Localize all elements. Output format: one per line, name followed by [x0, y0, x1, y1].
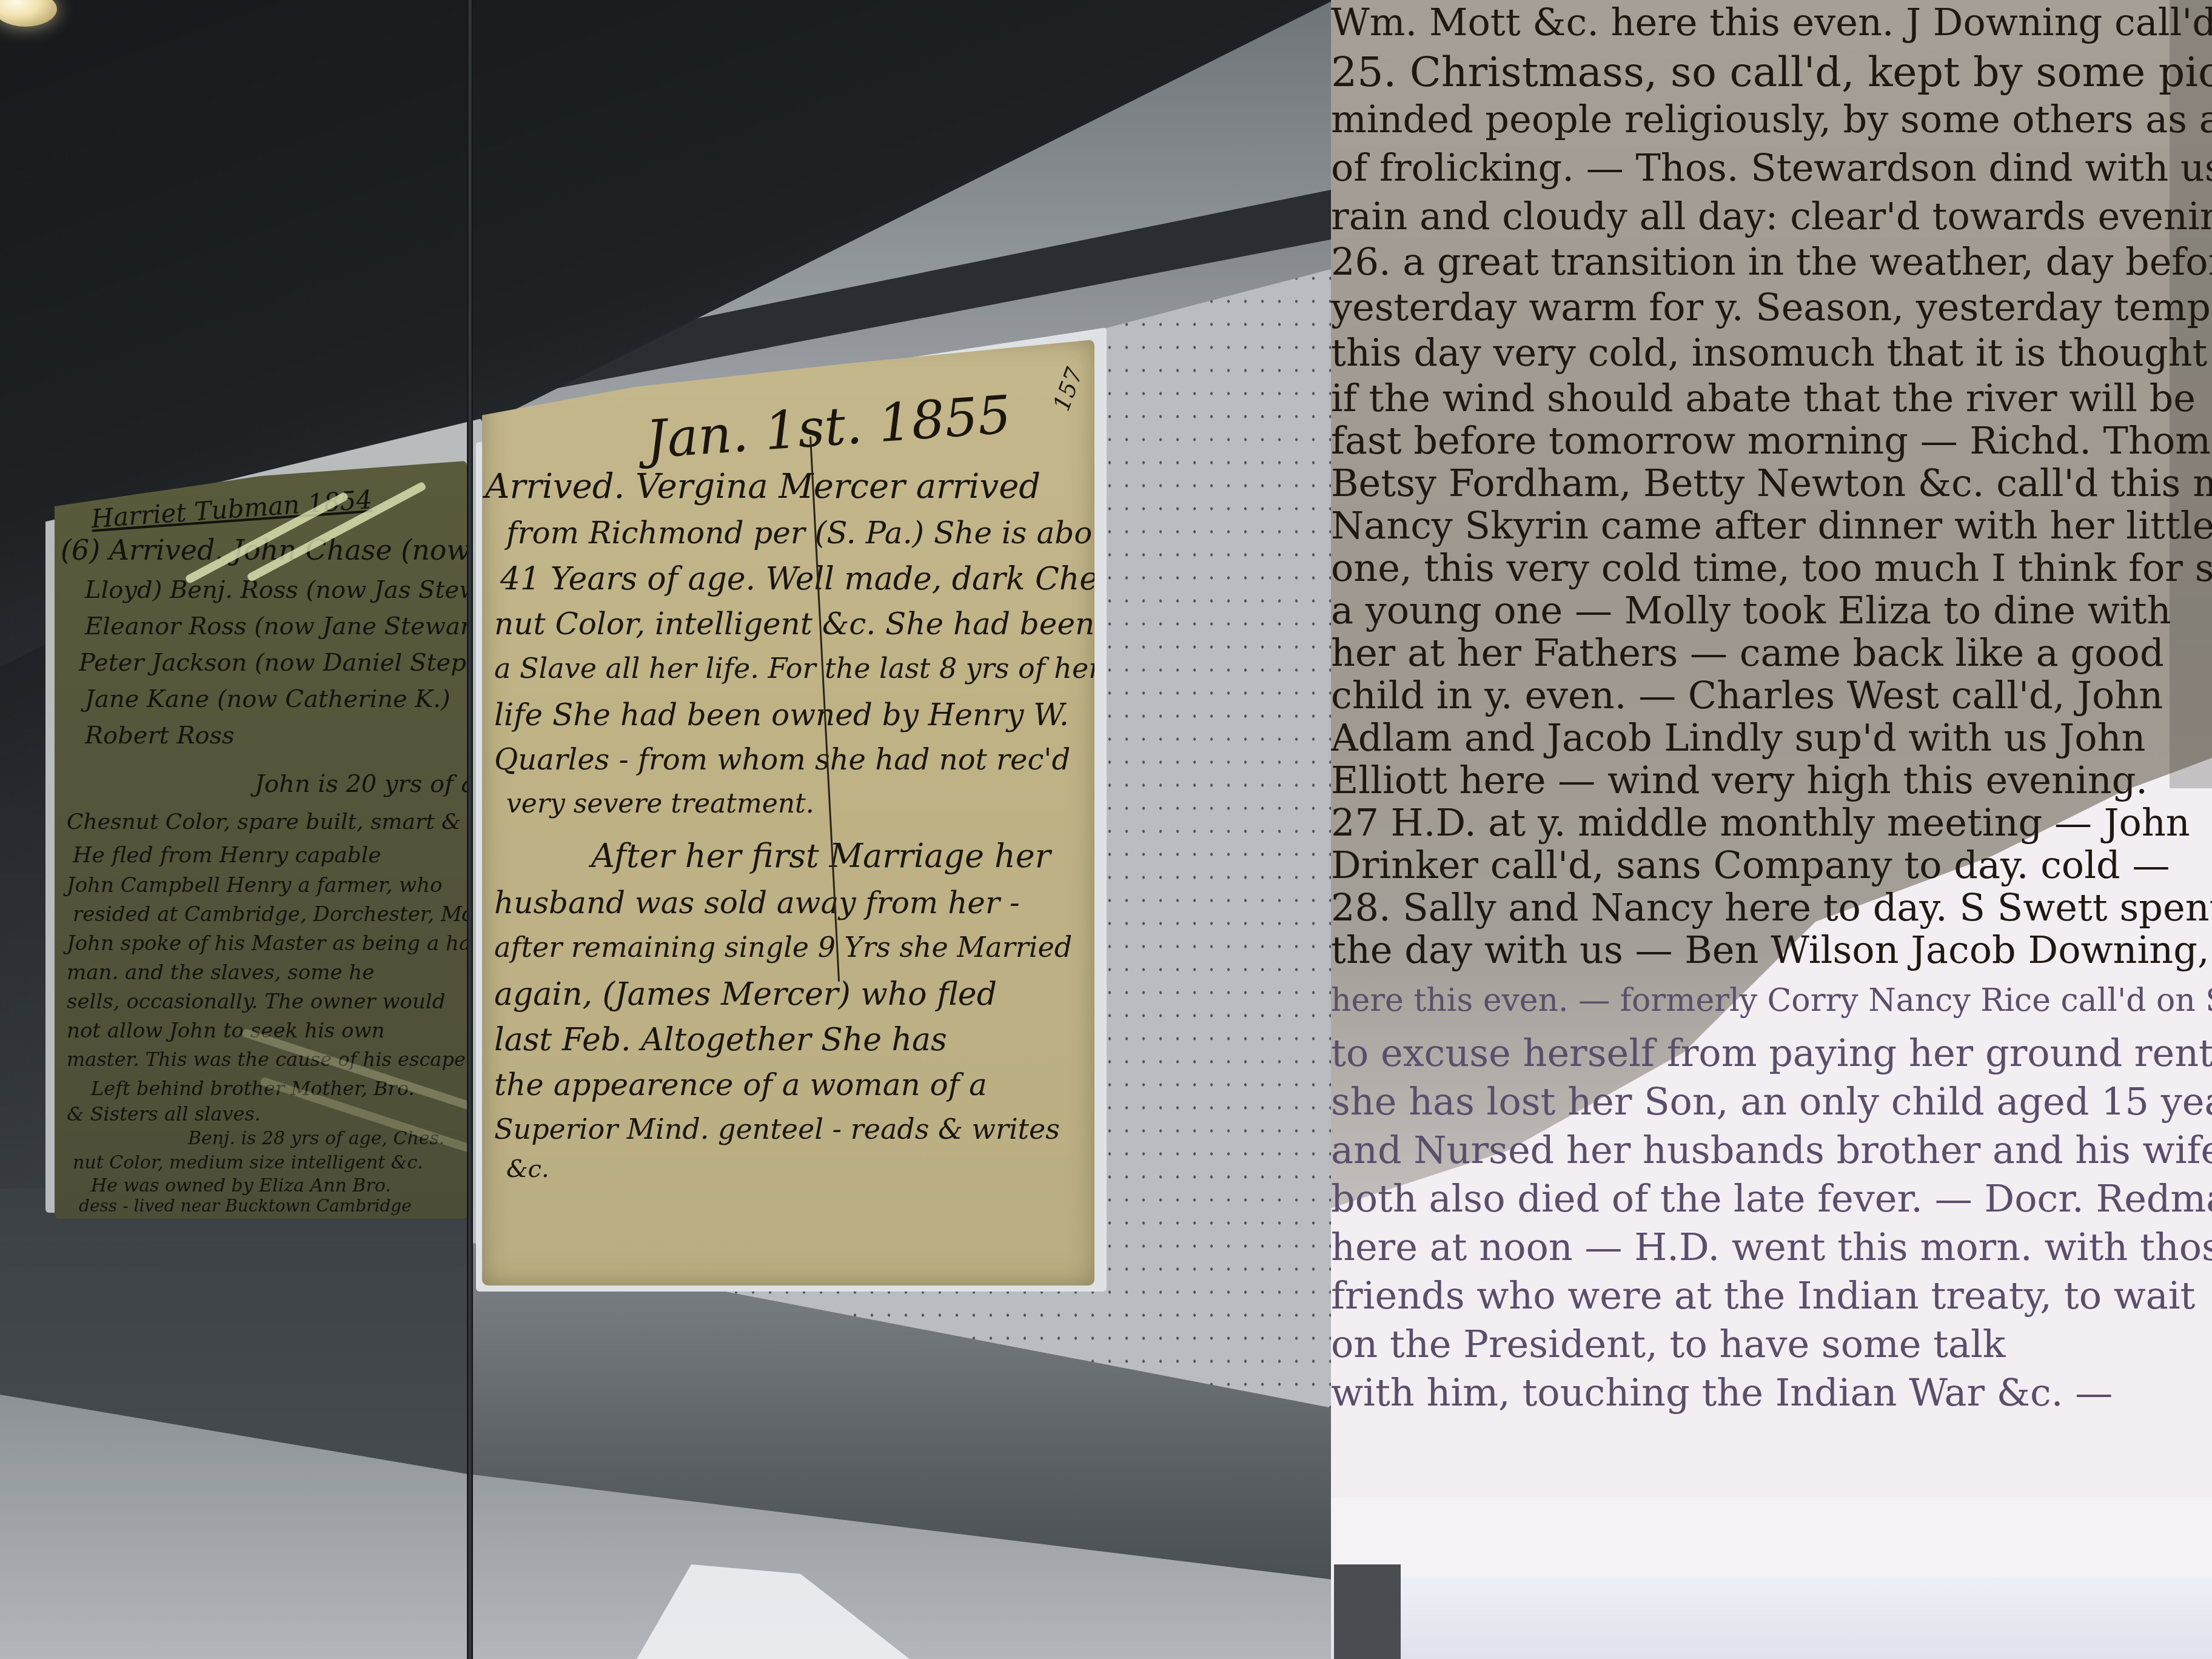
left-line: Peter Jackson (now Daniel Stephenson): [79, 649, 467, 677]
left-line: Eleanor Ross (now Jane Stewart): [85, 612, 467, 640]
right-line: her at her Fathers — came back like a go…: [1331, 631, 2164, 675]
left-line: He was owned by Eliza Ann Bro.: [91, 1175, 391, 1196]
left-line: He fled from Henry capable: [73, 843, 381, 868]
right-line: yesterday warm for y. Season, yesterday …: [1331, 285, 2212, 329]
right-line: 27 H.D. at y. middle monthly meeting — J…: [1331, 800, 2190, 845]
right-line: minded people religiously, by some other…: [1331, 97, 2212, 141]
center-line: After her first Marriage her: [591, 837, 1051, 875]
left-line: dess - lived near Bucktown Cambridge: [79, 1196, 412, 1216]
right-line: Betsy Fordham, Betty Newton &c. call'd t…: [1331, 461, 2212, 505]
right-line: 25. Christmass, so call'd, kept by some …: [1331, 49, 2212, 96]
page-number: 157: [1048, 364, 1088, 414]
right-line: Adlam and Jacob Lindly sup'd with us Joh…: [1331, 716, 2145, 760]
right-line: 26. a great transition in the weather, d…: [1331, 240, 2212, 284]
right-line: a young one — Molly took Eliza to dine w…: [1331, 588, 2171, 632]
museum-display-photo: Harriet Tubman 1854 (6) Arrived. John Ch…: [0, 0, 2212, 1659]
center-line: husband was sold away from her -: [494, 885, 1020, 920]
manuscript-page-right: Wm. Mott &c. here this even. J Downing c…: [1331, 0, 2212, 1577]
right-page-mount-base: [1331, 1498, 2212, 1577]
center-line: after remaining single 9 Yrs she Married: [494, 931, 1072, 964]
right-line: she has lost her Son, an only child aged…: [1331, 1079, 2212, 1124]
center-line: &c.: [506, 1155, 549, 1183]
right-line: fast before tomorrow morning — Richd. Th…: [1331, 418, 2212, 463]
case-frame-corner: [1334, 1564, 1401, 1659]
glass-case-seam: [467, 0, 473, 1659]
center-line: again, (James Mercer) who fled: [494, 976, 997, 1013]
right-line: friends who were at the Indian treaty, t…: [1331, 1273, 2196, 1318]
center-line: very severe treatment.: [506, 788, 814, 819]
right-line: of frolicking. — Thos. Stewardson dind w…: [1331, 146, 2212, 190]
left-line: Chesnut Color, spare built, smart &: [67, 809, 461, 834]
right-line: with him, touching the Indian War &c. —: [1331, 1370, 2113, 1415]
left-line: not allow John to seek his own: [67, 1019, 384, 1043]
manuscript-date: Jan. 1st. 1855: [644, 384, 1013, 471]
left-line: Lloyd) Benj. Ross (now Jas Stewart): [85, 576, 467, 604]
center-line: a Slave all her life. For the last 8 yrs…: [494, 652, 1094, 685]
center-line: last Feb. Altogether She has: [494, 1022, 947, 1058]
right-line: Elliott here — wind very high this eveni…: [1331, 758, 2148, 802]
right-line: Nancy Skyrin came after dinner with her …: [1331, 503, 2212, 548]
left-line: sells, occasionally. The owner would: [67, 990, 445, 1014]
left-line: resided at Cambridge, Dorchester, Md.: [73, 902, 467, 927]
center-line: 41 Years of age. Well made, dark Ches.: [500, 561, 1094, 597]
left-line: master. This was the cause of his escape…: [67, 1048, 467, 1071]
left-line: John spoke of his Master as being a hard: [67, 931, 467, 956]
right-line: child in y. even. — Charles West call'd,…: [1331, 673, 2163, 717]
manuscript-page-center: 157 Jan. 1st. 1855 Arrived. Vergina Merc…: [482, 340, 1094, 1285]
left-line: man. and the slaves, some he: [67, 960, 374, 985]
right-line: here this even. — formerly Corry Nancy R…: [1331, 982, 2212, 1019]
center-line: the appearence of a woman of a: [494, 1067, 987, 1102]
center-line: from Richmond per (S. Pa.) She is about: [506, 515, 1094, 551]
right-line: rain and cloudy all day: clear'd towards…: [1331, 194, 2212, 238]
left-line: Jane Kane (now Catherine K.): [85, 685, 451, 713]
right-line: the day with us — Ben Wilson Jacob Downi…: [1331, 928, 2210, 972]
right-line: here at noon — H.D. went this morn. with…: [1331, 1225, 2212, 1269]
left-line: nut Color, medium size intelligent &c.: [73, 1152, 423, 1173]
right-line: Drinker call'd, sans Company to day. col…: [1331, 843, 2170, 887]
center-line: nut Color, intelligent &c. She had been: [494, 606, 1094, 642]
right-line: on the President, to have some talk: [1331, 1322, 2005, 1366]
right-line: one, this very cold time, too much I thi…: [1331, 546, 2212, 590]
left-line: Left behind brother Mother, Bro.: [91, 1077, 415, 1100]
right-line: if the wind should abate that the river …: [1331, 376, 2196, 420]
left-line: John is 20 yrs of age,: [255, 770, 467, 798]
right-line: Wm. Mott &c. here this even. J Downing c…: [1331, 0, 2212, 44]
right-line: to excuse herself from paying her ground…: [1331, 1031, 2212, 1075]
center-line: Quarles - from whom she had not rec'd: [494, 743, 1070, 777]
center-line: Superior Mind. genteel - reads & writes: [494, 1113, 1060, 1145]
left-line: & Sisters all slaves.: [67, 1102, 261, 1125]
right-line: this day very cold, insomuch that it is …: [1331, 330, 2208, 375]
sunlit-case-floor: [1331, 1577, 2212, 1659]
center-line: Arrived. Vergina Mercer arrived: [485, 467, 1041, 506]
left-line: Robert Ross: [85, 722, 235, 749]
right-line: both also died of the late fever. — Docr…: [1331, 1176, 2212, 1221]
left-line: John Campbell Henry a farmer, who: [67, 873, 443, 897]
center-line: life She had been owned by Henry W.: [494, 697, 1069, 732]
right-line: 28. Sally and Nancy here to day. S Swett…: [1331, 885, 2212, 930]
right-line: and Nursed her husbands brother and his …: [1331, 1128, 2212, 1172]
manuscript-page-left: Harriet Tubman 1854 (6) Arrived. John Ch…: [55, 461, 467, 1219]
